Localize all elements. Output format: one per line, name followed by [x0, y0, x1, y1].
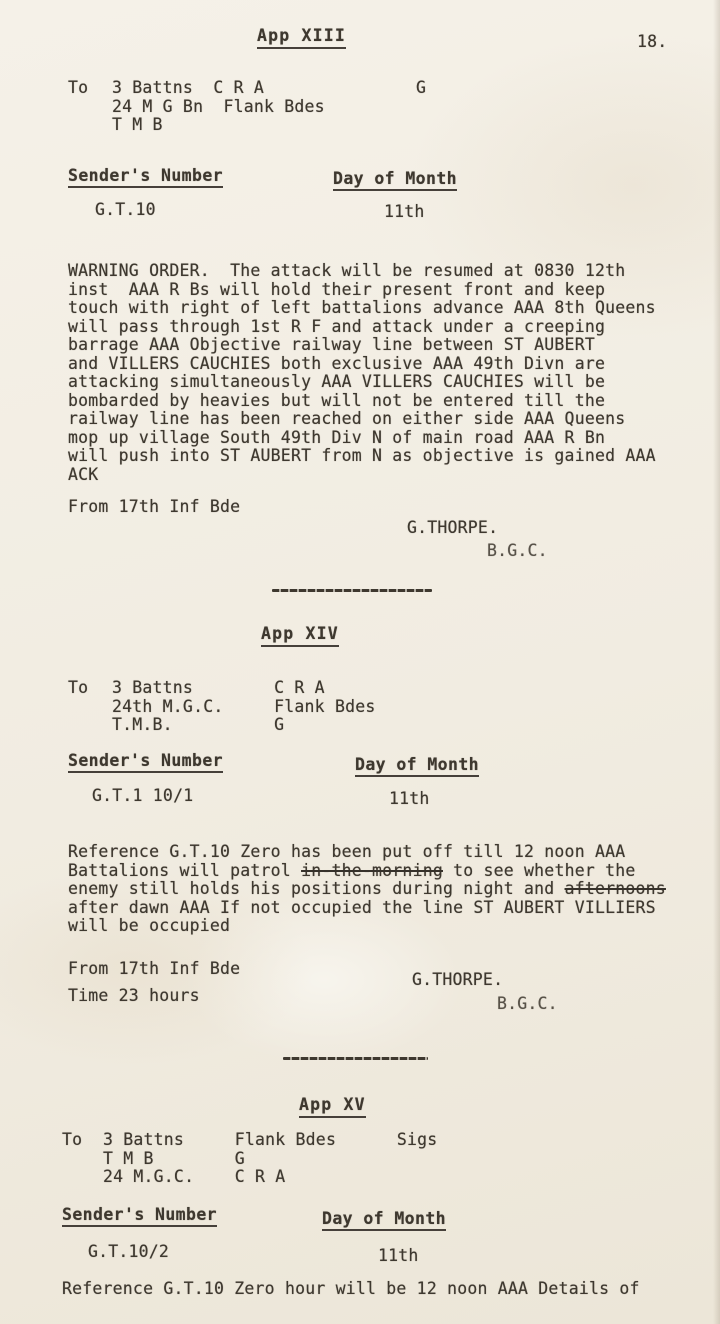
- to-label-3: To: [62, 1131, 82, 1150]
- app-heading-2: App XIV: [261, 625, 339, 647]
- signature-rank-2: B.G.C.: [497, 995, 558, 1014]
- message-body-2: Reference G.T.10 Zero has been put off t…: [68, 843, 666, 936]
- senders-number-label-1: Sender's Number: [68, 167, 223, 188]
- to-addressees-2: 3 Battns C R A 24th M.G.C. Flank Bdes T.…: [112, 679, 375, 735]
- senders-number-value-1: G.T.10: [95, 201, 156, 220]
- day-of-month-label-3: Day of Month: [322, 1210, 446, 1231]
- message-body-1: WARNING ORDER. The attack will be resume…: [68, 262, 656, 484]
- senders-number-value-2: G.T.1 10/1: [92, 787, 193, 806]
- senders-number-label-2: Sender's Number: [68, 752, 223, 773]
- page-number: 18.: [637, 33, 667, 52]
- section-divider-2: [283, 1057, 428, 1060]
- from-line-1: From 17th Inf Bde: [68, 498, 240, 517]
- from-line-2: From 17th Inf Bde: [68, 960, 240, 979]
- scan-edge-shadow: [713, 0, 720, 1324]
- signature-rank-1: B.G.C.: [487, 542, 548, 561]
- time-line-2: Time 23 hours: [68, 987, 200, 1006]
- day-of-month-value-1: 11th: [384, 203, 425, 222]
- signature-1: G.THORPE.: [407, 519, 498, 538]
- to-addressees-3: 3 Battns Flank Bdes Sigs T M B G 24 M.G.…: [103, 1131, 437, 1187]
- app-heading-3: App XV: [299, 1096, 366, 1118]
- day-of-month-label-1: Day of Month: [333, 170, 457, 191]
- senders-number-value-3: G.T.10/2: [88, 1243, 169, 1262]
- day-of-month-label-2: Day of Month: [355, 756, 479, 777]
- section-divider-1: [272, 589, 432, 592]
- to-addressees-1: 3 Battns C R A G 24 M G Bn Flank Bdes T …: [112, 79, 426, 135]
- message-body-3: Reference G.T.10 Zero hour will be 12 no…: [62, 1280, 640, 1299]
- to-label-1: To: [68, 79, 88, 98]
- day-of-month-value-2: 11th: [389, 790, 430, 809]
- day-of-month-value-3: 11th: [378, 1247, 419, 1266]
- signature-2: G.THORPE.: [412, 971, 503, 990]
- typewritten-page: App XIII 18. To 3 Battns C R A G 24 M G …: [0, 0, 720, 1324]
- to-label-2: To: [68, 679, 88, 698]
- senders-number-label-3: Sender's Number: [62, 1206, 217, 1227]
- app-heading-1: App XIII: [257, 27, 346, 49]
